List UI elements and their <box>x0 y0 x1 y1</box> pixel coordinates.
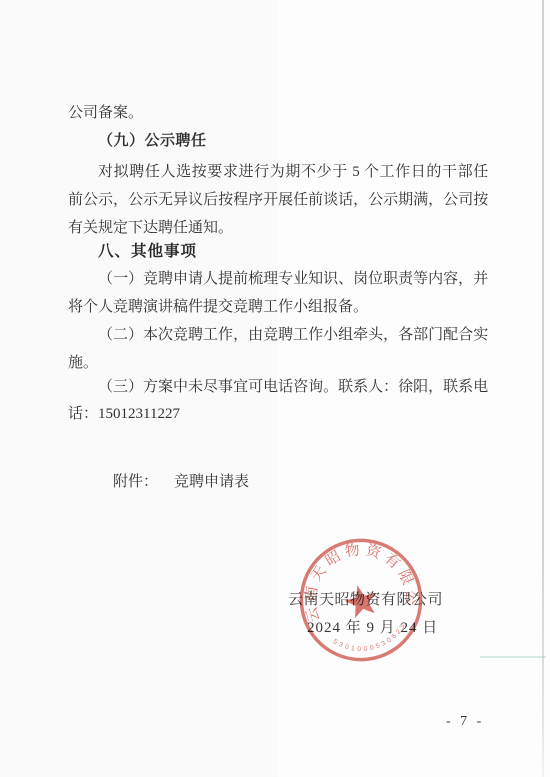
body-line: （一）竞聘申请人提前梳理专业知识、岗位职责等内容，并 <box>68 269 488 289</box>
body-line: 话：15012311227 <box>68 404 488 424</box>
body-line: 对拟聘任人选按要求进行为期不少于 5 个工作日的干部任 <box>68 162 488 182</box>
body-line: 公司备案。 <box>68 103 488 123</box>
company-seal-stamp: 云南天昭物资有限公司 5301000530623 <box>282 521 440 679</box>
scan-artifact-green-tick <box>480 656 546 658</box>
scan-artifact-vertical-line <box>542 0 544 777</box>
body-line: 将个人竞聘演讲稿件提交竞聘工作小组报备。 <box>68 297 488 317</box>
body-line: （三）方案中未尽事宜可电话咨询。联系人：徐阳，联系电 <box>68 377 488 397</box>
attachment-label: 附件： <box>113 474 158 490</box>
section-heading: 八、其他事项 <box>68 242 488 262</box>
seal-code-arc-text: 5301000530623 <box>330 620 412 661</box>
svg-text:5301000530623: 5301000530623 <box>330 620 412 661</box>
page-number: - 7 - <box>446 714 484 730</box>
attachment-value: 竞聘申请表 <box>174 474 249 490</box>
body-line: 前公示，公示无异议后按程序开展任前谈话，公示期满，公司按 <box>68 190 488 210</box>
body-line: 施。 <box>68 353 488 373</box>
scanned-document-page: 公司备案。 （九）公示聘任 对拟聘任人选按要求进行为期不少于 5 个工作日的干部… <box>0 0 550 777</box>
body-line: （二）本次竞聘工作，由竞聘工作小组牵头，各部门配合实 <box>68 325 488 345</box>
seal-star-icon <box>341 581 381 619</box>
attachment-line: 附件：竞聘申请表 <box>68 452 488 512</box>
body-line: 有关规定下达聘任通知。 <box>68 218 488 238</box>
subsection-heading: （九）公示聘任 <box>68 131 488 151</box>
